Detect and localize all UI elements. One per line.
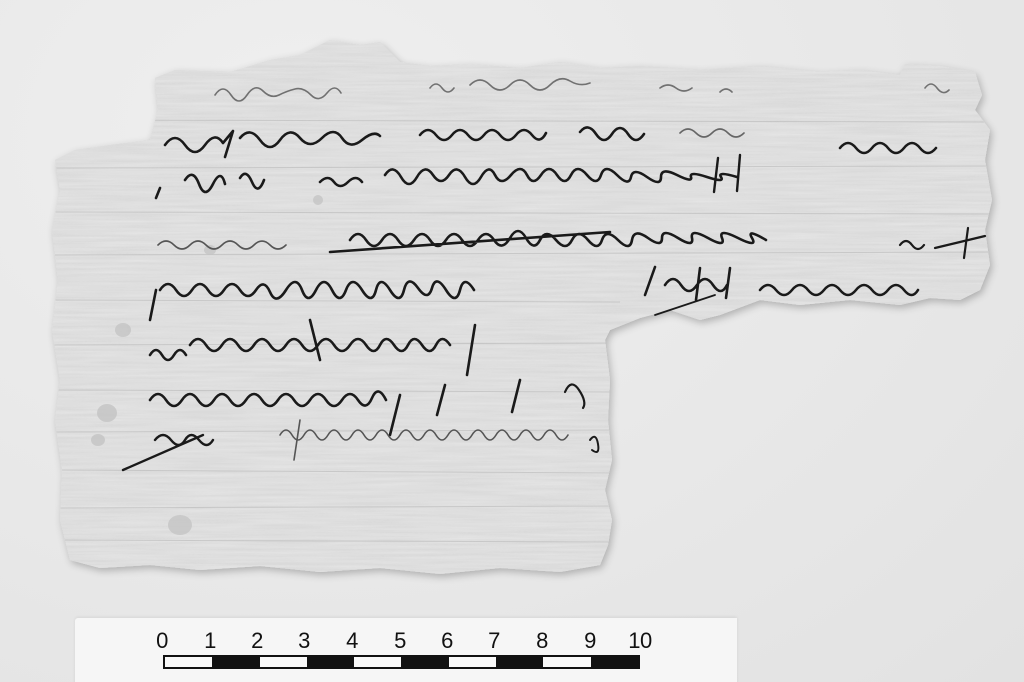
scale-label-7: 7 <box>488 628 500 654</box>
scale-label-1: 1 <box>204 628 216 654</box>
scale-bar <box>163 655 640 669</box>
scale-label-2: 2 <box>251 628 263 654</box>
scale-label-4: 4 <box>346 628 358 654</box>
scale-label-0: 0 <box>156 628 168 654</box>
scale-segment <box>307 657 354 667</box>
scale-label-6: 6 <box>441 628 453 654</box>
scale-label-10: 10 <box>628 628 651 654</box>
scale-label-3: 3 <box>298 628 310 654</box>
scale-segment <box>212 657 259 667</box>
scale-segment <box>165 657 212 667</box>
scale-segment <box>496 657 543 667</box>
scale-segment <box>260 657 307 667</box>
scale-segment <box>543 657 590 667</box>
scale-segment <box>401 657 448 667</box>
scale-label-5: 5 <box>394 628 406 654</box>
papyrus-fragment <box>0 0 1024 682</box>
scale-labels: 0 1 2 3 4 5 6 7 8 9 10 <box>150 628 660 656</box>
scale-segment <box>354 657 401 667</box>
scale-segment <box>591 657 638 667</box>
scale-segment <box>449 657 496 667</box>
scale-label-9: 9 <box>584 628 596 654</box>
scale-label-8: 8 <box>536 628 548 654</box>
